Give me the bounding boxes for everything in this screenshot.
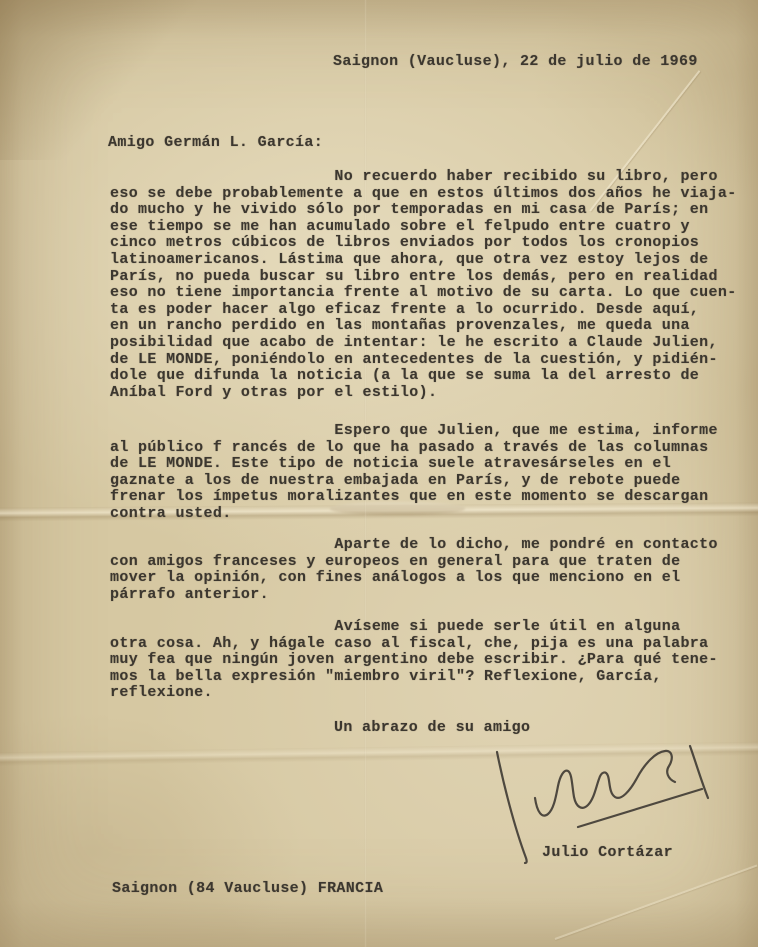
dateline: Saignon (Vaucluse), 22 de julio de 1969 [333,54,698,71]
body-paragraph-2: Espero que Julien, que me estima, inform… [110,423,718,523]
body-paragraph-4: Avíseme si puede serle útil en alguna ot… [110,619,718,702]
salutation: Amigo Germán L. García: [108,135,323,152]
footer-address: Saignon (84 Vaucluse) FRANCIA [112,881,383,898]
body-paragraph-3: Aparte de lo dicho, me pondré en contact… [110,537,718,603]
typed-signature-name: Julio Cortázar [542,845,673,862]
letter-page: Saignon (Vaucluse), 22 de julio de 1969 … [0,0,758,947]
body-paragraph-1: No recuerdo haber recibido su libro, per… [110,169,737,401]
closing-line: Un abrazo de su amigo [334,720,530,737]
